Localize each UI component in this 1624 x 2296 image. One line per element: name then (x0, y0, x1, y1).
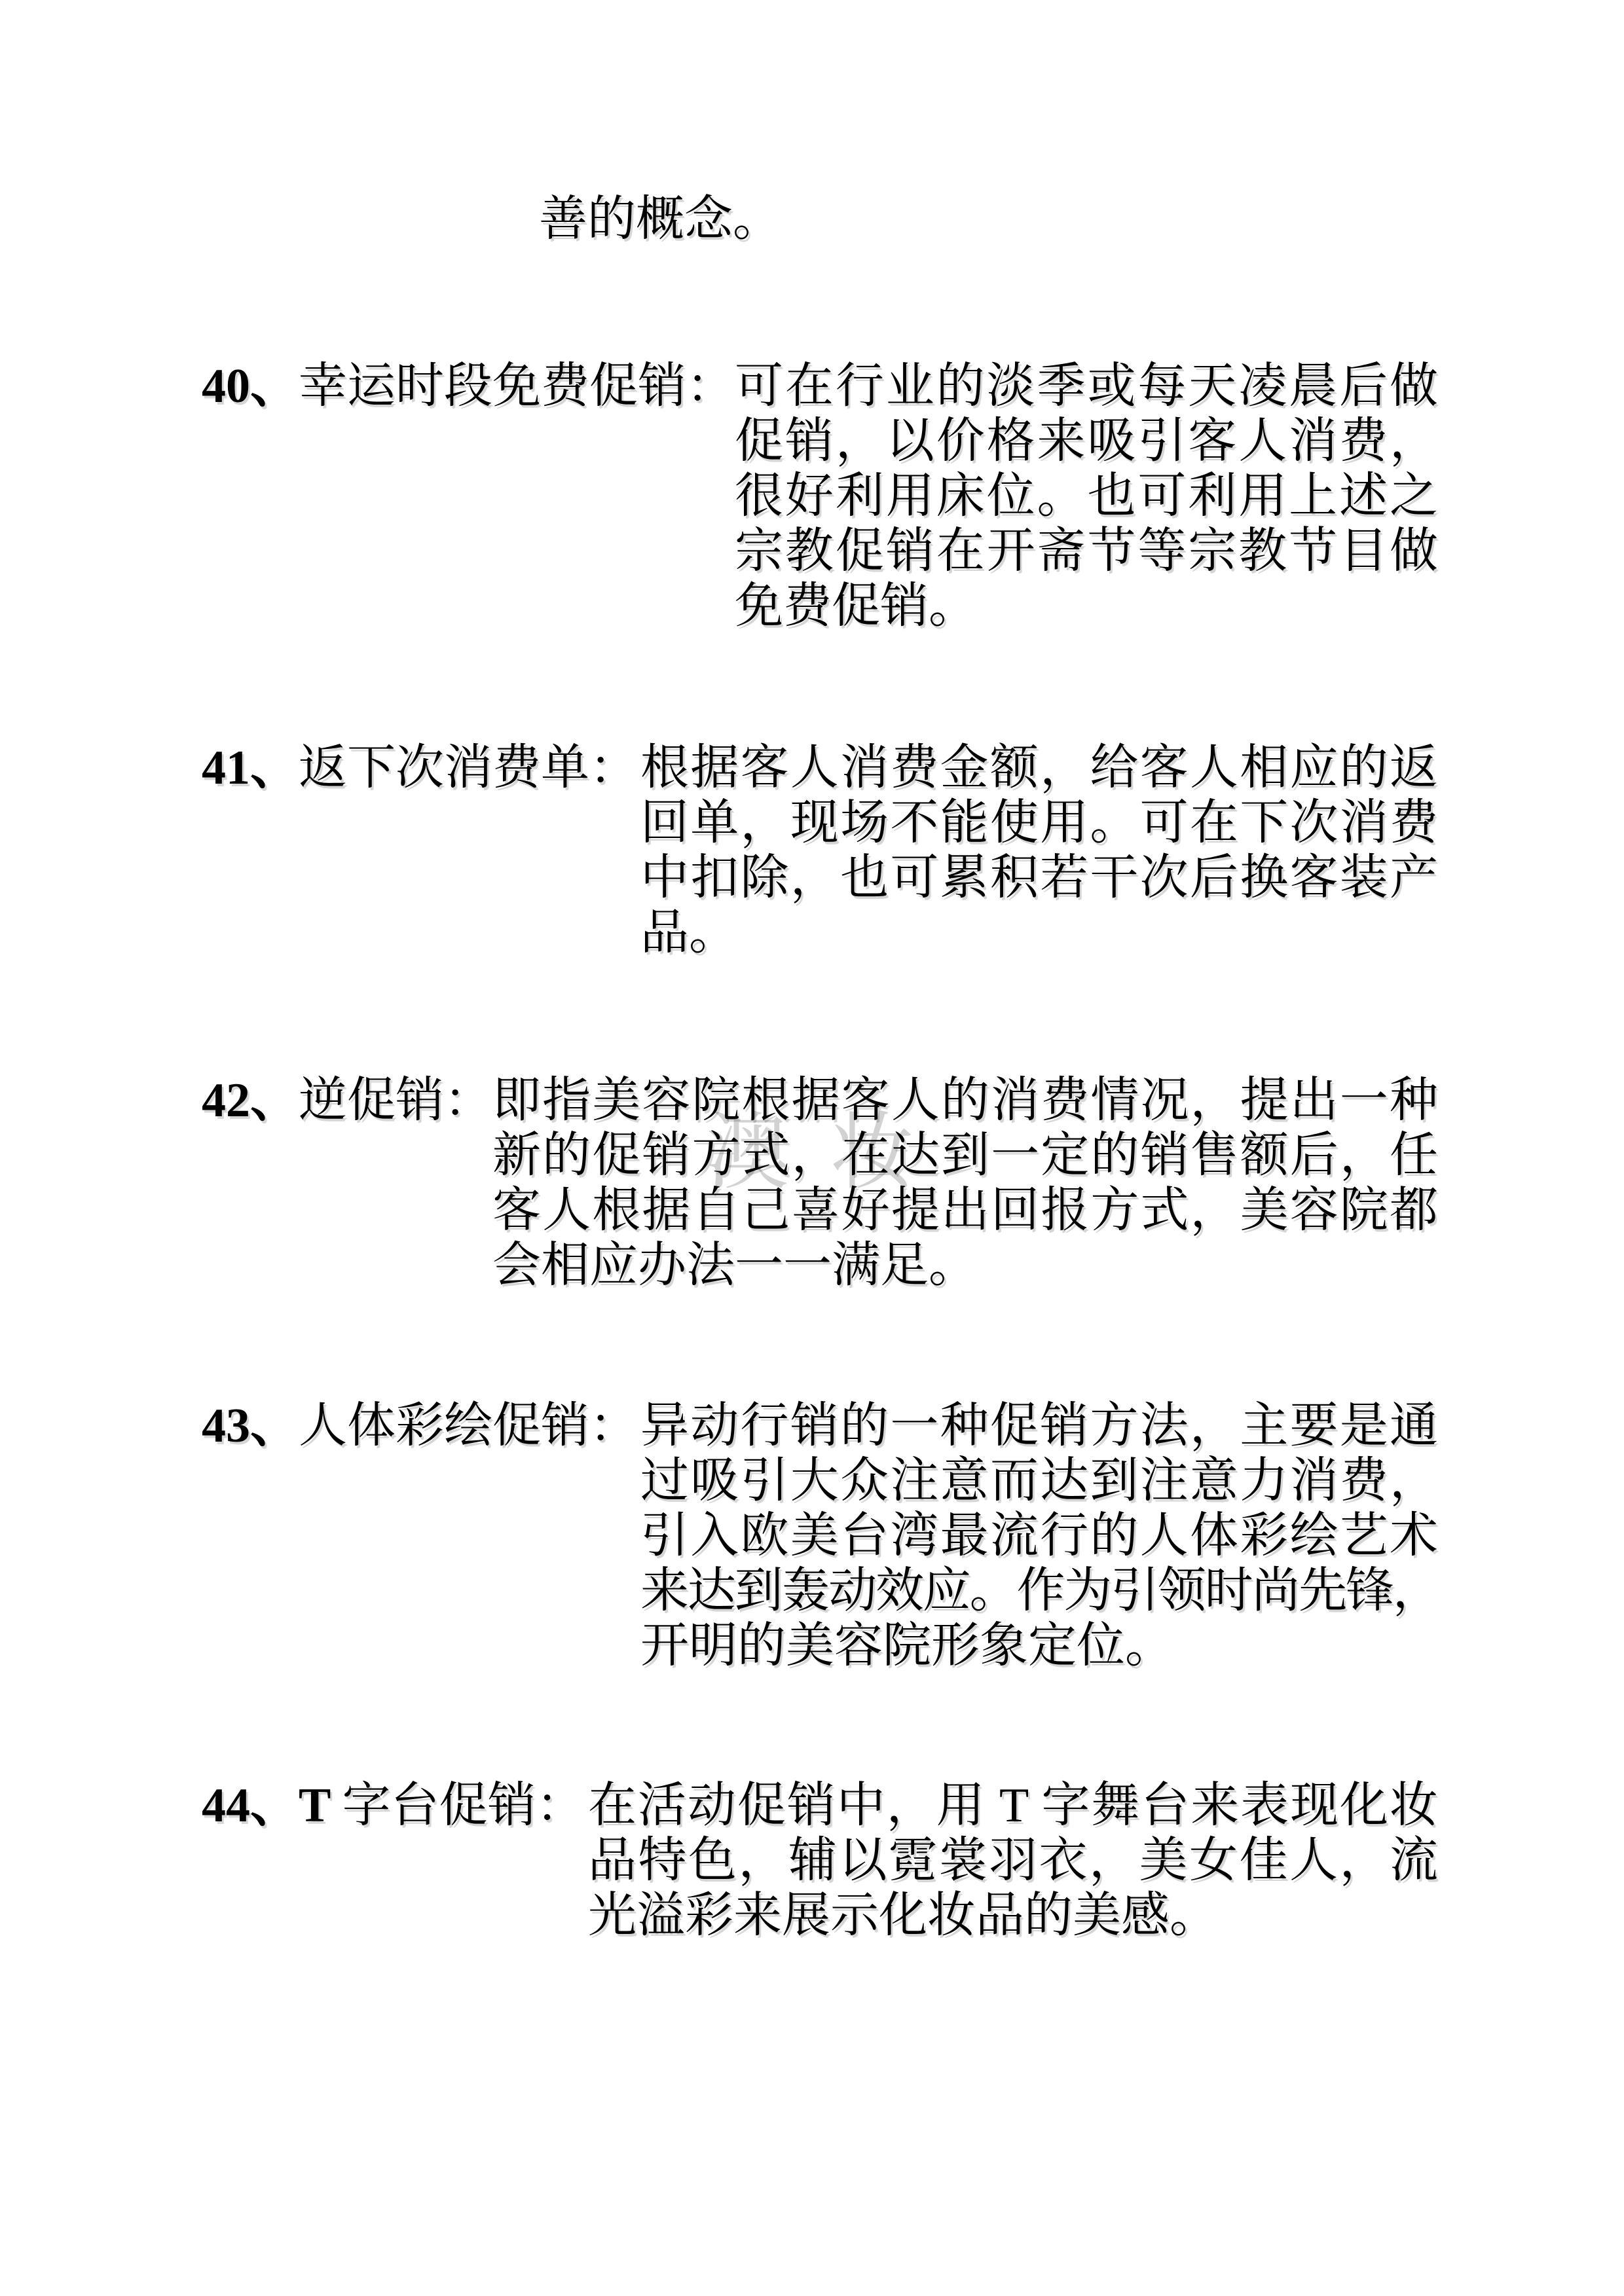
body-line: 在活动促销中，用 T 字舞台来表现化妆 (588, 1778, 1438, 1833)
body-line: 开明的美容院形象定位。 (640, 1618, 1438, 1673)
item-44-heading: 44、T 字台促销： (202, 1778, 585, 1833)
item-44-bold: T (299, 1779, 342, 1832)
body-line: 品。 (640, 905, 1438, 960)
body-line: 来达到轰动效应。作为引领时尚先锋， (640, 1563, 1438, 1618)
item-43-title: 人体彩绘促销： (299, 1399, 638, 1453)
item-41-title: 返下次消费单： (299, 741, 638, 795)
body-line: 会相应办法一一满足。 (492, 1238, 1438, 1293)
item-44-title: 字台促销： (342, 1779, 585, 1832)
item-40-number: 40、 (202, 359, 299, 413)
item-41-number: 41、 (202, 741, 299, 795)
item-44-number: 44、 (202, 1779, 299, 1832)
body-line: 很好利用床位。也可利用上述之 (735, 469, 1438, 524)
body-line: 新的促销方式，在达到一定的销售额后，任 (492, 1128, 1438, 1183)
body-line: 免费促销。 (735, 579, 1438, 634)
item-43-body: 异动行销的一种促销方法，主要是通 过吸引大众注意而达到注意力消费， 引入欧美台湾… (640, 1398, 1438, 1673)
item-40-heading: 40、幸运时段免费促销： (202, 359, 735, 414)
item-43-heading: 43、人体彩绘促销： (202, 1398, 638, 1453)
body-line: 宗教促销在开斋节等宗教节目做 (735, 524, 1438, 579)
item-42-heading: 42、逆促销： (202, 1073, 492, 1128)
item-42-number: 42、 (202, 1074, 299, 1127)
body-line: 引入欧美台湾最流行的人体彩绘艺术 (640, 1508, 1438, 1563)
body-line: 可在行业的淡季或每天凌晨后做 (735, 359, 1438, 414)
body-line: 品特色，辅以霓裳羽衣，美女佳人，流 (588, 1833, 1438, 1888)
body-line: 根据客人消费金额，给客人相应的返 (640, 740, 1438, 795)
body-line: 中扣除，也可累积若干次后换客装产 (640, 850, 1438, 905)
body-line: 光溢彩来展示化妆品的美感。 (588, 1888, 1438, 1943)
item-43-number: 43、 (202, 1399, 299, 1453)
body-line: 促销，以价格来吸引客人消费， (735, 414, 1438, 469)
document-page: 澳妆 善的概念。 40、幸运时段免费促销： 可在行业的淡季或每天凌晨后做 促销，… (0, 0, 1624, 2296)
item-42-title: 逆促销： (299, 1074, 492, 1127)
item-41-heading: 41、返下次消费单： (202, 740, 638, 795)
item-42-body: 即指美容院根据客人的消费情况，提出一种 新的促销方式，在达到一定的销售额后，任 … (492, 1073, 1438, 1293)
body-line: 客人根据自己喜好提出回报方式，美容院都 (492, 1183, 1438, 1238)
body-line: 回单，现场不能使用。可在下次消费 (640, 795, 1438, 850)
item-40-title: 幸运时段免费促销： (299, 359, 735, 413)
body-line: 过吸引大众注意而达到注意力消费， (640, 1453, 1438, 1508)
paragraph-39-last-line: 善的概念。 (539, 192, 781, 247)
item-40-body: 可在行业的淡季或每天凌晨后做 促销，以价格来吸引客人消费， 很好利用床位。也可利… (735, 359, 1438, 634)
item-41-body: 根据客人消费金额，给客人相应的返 回单，现场不能使用。可在下次消费 中扣除，也可… (640, 740, 1438, 960)
body-line: 异动行销的一种促销方法，主要是通 (640, 1398, 1438, 1453)
item-44-body: 在活动促销中，用 T 字舞台来表现化妆 品特色，辅以霓裳羽衣，美女佳人，流 光溢… (588, 1778, 1438, 1943)
body-line: 即指美容院根据客人的消费情况，提出一种 (492, 1073, 1438, 1128)
